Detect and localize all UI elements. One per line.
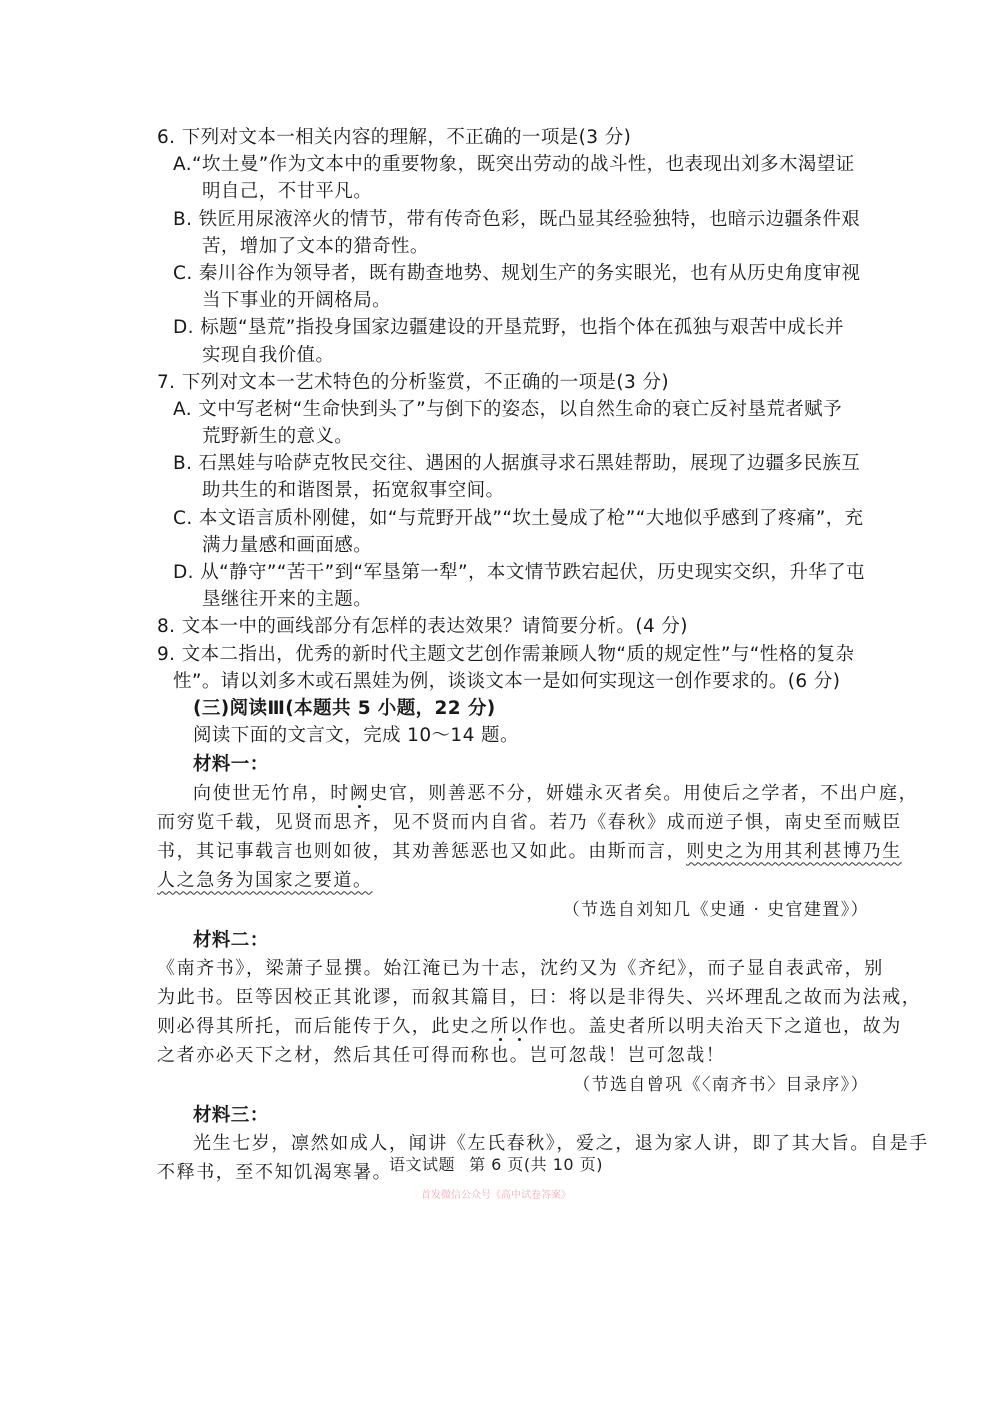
question-6-option-d-cont: 实现自我价值。 [157,342,873,369]
question-9: 9. 文本二指出，优秀的新时代主题文艺创作需兼顾人物“质的规定性”与“性格的复杂… [157,641,873,695]
question-7-option-a-cont: 荒野新生的意义。 [157,423,873,450]
material-2: 材料二： 《南齐书》，梁萧子显撰。始江淹已为十志，沈约又为《齐纪》，而子显自表武… [157,927,873,1100]
wavy-underlined-text: 则史之为用其利甚博乃生 [686,841,902,862]
material-2-line-4: 之者亦必天下之材，然后其任可得而称也。岂可忽哉！岂可忽哉！ [157,1041,873,1070]
material-2-label: 材料二： [157,927,873,954]
page-footer: 语文试题第 6 页(共 10 页) [0,1152,992,1175]
material-2-line-2: 为此书。臣等因校正其讹谬，而叙其篇目，曰：将以是非得失、兴坏理乱之故而为法戒， [157,983,873,1012]
question-7-option-a: A. 文中写老树“生命快到头了”与倒下的姿态，以自然生命的衰亡反衬垦荒者赋予 [157,396,873,423]
section-3-instruction: 阅读下面的文言文，完成 10～14 题。 [157,722,873,749]
text-segment: 则必得其所托，而后能传于久，此史之 [157,1016,490,1037]
material-1-source: （节选自刘知几《史通 · 史官建置》） [157,895,873,925]
text-segment: 向使世无竹帛，时 [193,783,350,804]
exam-page: 6. 下列对文本一相关内容的理解，不正确的一项是(3 分) A.“坎土曼”作为文… [157,124,873,1187]
emphasis-dot-char: 阙 [350,783,370,804]
text-segment: 史官，则善恶不分，妍媸永灭者矣。用使后之学者，不出户庭， [369,783,918,804]
question-6-stem: 6. 下列对文本一相关内容的理解，不正确的一项是(3 分) [157,124,873,151]
question-6-option-c-cont: 当下事业的开阔格局。 [157,287,873,314]
question-6-option-a: A.“坎土曼”作为文本中的重要物象，既突出劳动的战斗性，也表现出刘多木渴望证 [157,151,873,178]
emphasis-dot-char: 所 [490,1016,510,1037]
text-segment: 作也。盖史者所以明夫治天下之道也，故为 [529,1016,901,1037]
material-2-line-3: 则必得其所托，而后能传于久，此史之所以作也。盖史者所以明夫治天下之道也，故为 [157,1012,873,1041]
question-9-stem: 9. 文本二指出，优秀的新时代主题文艺创作需兼顾人物“质的规定性”与“性格的复杂 [157,641,873,668]
material-1-line-2: 而穷览千载，见贤而思齐，见不贤而内自省。若乃《春秋》成而逆子惧，南史至而贼臣 [157,808,873,837]
question-7-stem: 7. 下列对文本一艺术特色的分析鉴赏，不正确的一项是(3 分) [157,369,873,396]
question-7-option-d-cont: 垦继往开来的主题。 [157,586,873,613]
footer-page-number: 第 6 页(共 10 页) [469,1155,603,1174]
material-1-line-3: 书，其记事载言也则如彼，其劝善惩恶也又如此。由斯而言，则史之为用其利甚博乃生 [157,837,873,866]
question-7-option-c-cont: 满力量感和画面感。 [157,532,873,559]
question-9-stem-cont: 性”。请以刘多木或石黑娃为例，谈谈文本一是如何实现这一创作要求的。(6 分) [157,668,873,695]
question-7-option-b-cont: 助共生的和谐图景，拓宽叙事空间。 [157,477,873,504]
question-8-stem: 8. 文本一中的画线部分有怎样的表达效果？请简要分析。(4 分) [157,613,873,640]
material-1-label: 材料一： [157,751,873,778]
question-6-option-d: D. 标题“垦荒”指投身国家边疆建设的开垦荒野，也指个体在孤独与艰苦中成长并 [157,314,873,341]
emphasis-dot-char: 以 [510,1016,530,1037]
material-2-source: （节选自曾巩《〈南齐书〉目录序》） [157,1070,873,1100]
section-3-header: (三)阅读Ⅲ(本题共 5 小题，22 分) [157,695,873,722]
material-1-line-4: 人之急务为国家之要道。 [157,866,873,895]
material-1-line-1: 向使世无竹帛，时阙史官，则善恶不分，妍媸永灭者矣。用使后之学者，不出户庭， [157,779,873,808]
question-6-option-c: C. 秦川谷作为领导者，既有勘查地势、规划生产的务实眼光，也有从历史角度审视 [157,260,873,287]
question-6-option-a-cont: 明自己，不甘平凡。 [157,178,873,205]
footer-subject: 语文试题 [389,1155,455,1174]
question-6-option-b: B. 铁匠用尿液淬火的情节，带有传奇色彩，既凸显其经验独特，也暗示边疆条件艰 [157,206,873,233]
material-2-line-1: 《南齐书》，梁萧子显撰。始江淹已为十志，沈约又为《齐纪》，而子显自表武帝，别 [157,954,873,983]
watermark: 首发微信公众号《高中试卷答案》 [0,1186,992,1201]
question-6: 6. 下列对文本一相关内容的理解，不正确的一项是(3 分) A.“坎土曼”作为文… [157,124,873,369]
wavy-underlined-text: 人之急务为国家之要道 [157,870,353,891]
text-segment: 。 [353,870,373,891]
question-7: 7. 下列对文本一艺术特色的分析鉴赏，不正确的一项是(3 分) A. 文中写老树… [157,369,873,614]
question-6-option-b-cont: 苦，增加了文本的猎奇性。 [157,233,873,260]
material-3-label: 材料三： [157,1102,873,1129]
question-7-option-d: D. 从“静守”“苦干”到“军垦第一犁”，本文情节跌宕起伏，历史现实交织，升华了… [157,559,873,586]
text-segment: 书，其记事载言也则如彼，其劝善惩恶也又如此。由斯而言， [157,841,686,862]
question-7-option-c: C. 本文语言质朴刚健，如“与荒野开战”“坎土曼成了枪”“大地似乎感到了疼痛”，… [157,505,873,532]
material-1: 材料一： 向使世无竹帛，时阙史官，则善恶不分，妍媸永灭者矣。用使后之学者，不出户… [157,751,873,924]
question-7-option-b: B. 石黑娃与哈萨克牧民交往、遇困的人据旗寻求石黑娃帮助，展现了边疆多民族互 [157,450,873,477]
